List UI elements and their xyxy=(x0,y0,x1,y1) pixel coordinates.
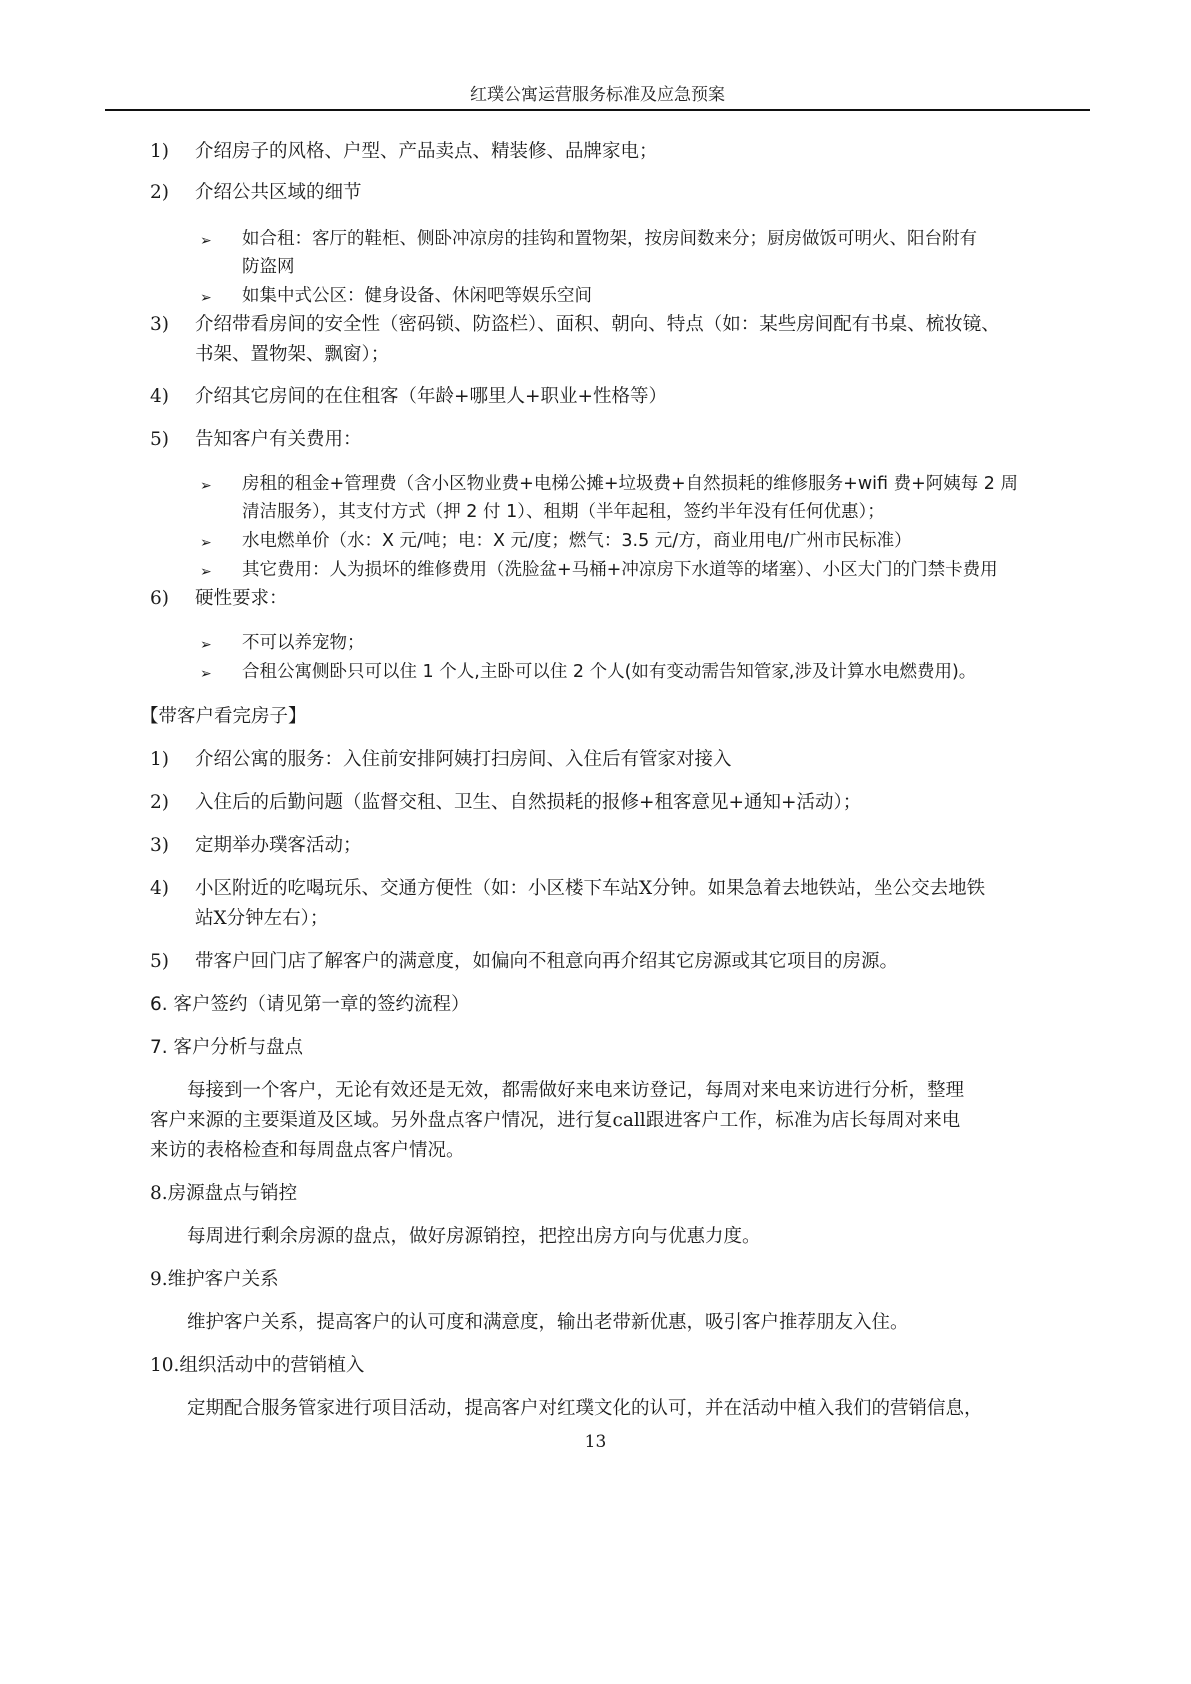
paragraph-line: 每接到一个客户，无论有效还是无效，都需做好来电来访登记，每周对来电来访进行分析，… xyxy=(150,1076,964,1106)
arrow-bullet-icon: ➢ xyxy=(200,471,212,501)
section-heading: 10.组织活动中的营销植入 xyxy=(150,1351,364,1381)
list-item-text: 介绍房子的风格、户型、产品卖点、精装修、品牌家电； xyxy=(195,137,658,167)
header-rule xyxy=(105,109,1090,111)
page-number: 13 xyxy=(0,1432,1191,1452)
list-item-text: 站X分钟左右）； xyxy=(195,904,328,934)
section-heading: 6. 客户签约（请见第一章的签约流程） xyxy=(150,990,470,1020)
list-item-text: 入住后的后勤问题（监督交租、卫生、自然损耗的报修+租客意见+通知+活动）； xyxy=(195,788,861,818)
list-item-text: 定期举办璞客活动； xyxy=(195,831,362,861)
arrow-bullet-icon: ➢ xyxy=(200,226,212,256)
page-header: 红璞公寓运营服务标准及应急预案 xyxy=(105,80,1090,105)
arrow-bullet-icon: ➢ xyxy=(200,283,212,313)
paragraph-line: 定期配合服务管家进行项目活动，提高客户对红璞文化的认可，并在活动中植入我们的营销… xyxy=(150,1394,983,1424)
section-heading: 7. 客户分析与盘点 xyxy=(150,1033,303,1063)
bullet-text: 房租的租金+管理费（含小区物业费+电梯公摊+垃圾费+自然损耗的维修服务+wifi… xyxy=(242,469,1018,499)
list-number: 3) xyxy=(150,831,169,861)
bullet-text: 如合租：客厅的鞋柜、侧卧冲凉房的挂钩和置物架，按房间数来分；厨房做饭可明火、阳台… xyxy=(242,224,977,254)
bullet-text: 不可以养宠物； xyxy=(242,628,365,658)
list-item-text: 硬性要求： xyxy=(195,584,288,614)
bullet-text: 防盗网 xyxy=(242,252,295,282)
list-item-text: 介绍带看房间的安全性（密码锁、防盗栏）、面积、朝向、特点（如：某些房间配有书桌、… xyxy=(195,310,1000,340)
paragraph-line: 来访的表格检查和每周盘点客户情况。 xyxy=(150,1136,465,1166)
bullet-text: 如集中式公区：健身设备、休闲吧等娱乐空间 xyxy=(242,281,592,311)
list-number: 6) xyxy=(150,584,169,614)
bullet-text: 清洁服务），其支付方式（押 2 付 1）、租期（半年起租，签约半年没有任何优惠）… xyxy=(242,497,885,527)
paragraph-line: 客户来源的主要渠道及区域。另外盘点客户情况，进行复call跟进客户工作，标准为店… xyxy=(150,1106,960,1136)
list-item-text: 介绍其它房间的在住租客（年龄+哪里人+职业+性格等） xyxy=(195,382,667,412)
arrow-bullet-icon: ➢ xyxy=(200,557,212,587)
list-item-text: 书架、置物架、飘窗）； xyxy=(195,340,389,370)
section-heading: 8.房源盘点与销控 xyxy=(150,1179,297,1209)
paragraph-line: 每周进行剩余房源的盘点，做好房源销控，把控出房方向与优惠力度。 xyxy=(150,1222,761,1252)
list-number: 5) xyxy=(150,425,169,455)
bullet-text: 水电燃单价（水：X 元/吨；电：X 元/度；燃气：3.5 元/方，商业用电/广州… xyxy=(242,526,912,556)
arrow-bullet-icon: ➢ xyxy=(200,630,212,660)
section-heading: 9.维护客户关系 xyxy=(150,1265,279,1295)
list-item-text: 介绍公共区域的细节 xyxy=(195,178,362,208)
bullet-text: 合租公寓侧卧只可以住 1 个人,主卧可以住 2 个人(如有变动需告知管家,涉及计… xyxy=(242,657,976,687)
list-item-text: 告知客户有关费用： xyxy=(195,425,362,455)
list-number: 5) xyxy=(150,947,169,977)
list-number: 1) xyxy=(150,745,169,775)
list-item-text: 小区附近的吃喝玩乐、交通方便性（如：小区楼下车站X分钟。如果急着去地铁站，坐公交… xyxy=(195,874,985,904)
list-item-text: 带客户回门店了解客户的满意度，如偏向不租意向再介绍其它房源或其它项目的房源。 xyxy=(195,947,898,977)
bullet-text: 其它费用：人为损坏的维修费用（洗脸盆+马桶+冲凉房下水道等的堵塞）、小区大门的门… xyxy=(242,555,998,585)
arrow-bullet-icon: ➢ xyxy=(200,659,212,689)
list-number: 2) xyxy=(150,178,169,208)
list-number: 4) xyxy=(150,874,169,904)
list-number: 3) xyxy=(150,310,169,340)
section-title: 【带客户看完房子】 xyxy=(140,702,307,732)
list-number: 2) xyxy=(150,788,169,818)
list-item-text: 介绍公寓的服务：入住前安排阿姨打扫房间、入住后有管家对接入 xyxy=(195,745,732,775)
list-number: 1) xyxy=(150,137,169,167)
paragraph-line: 维护客户关系，提高客户的认可度和满意度，输出老带新优惠，吸引客户推荐朋友入住。 xyxy=(150,1308,909,1338)
arrow-bullet-icon: ➢ xyxy=(200,528,212,558)
list-number: 4) xyxy=(150,382,169,412)
